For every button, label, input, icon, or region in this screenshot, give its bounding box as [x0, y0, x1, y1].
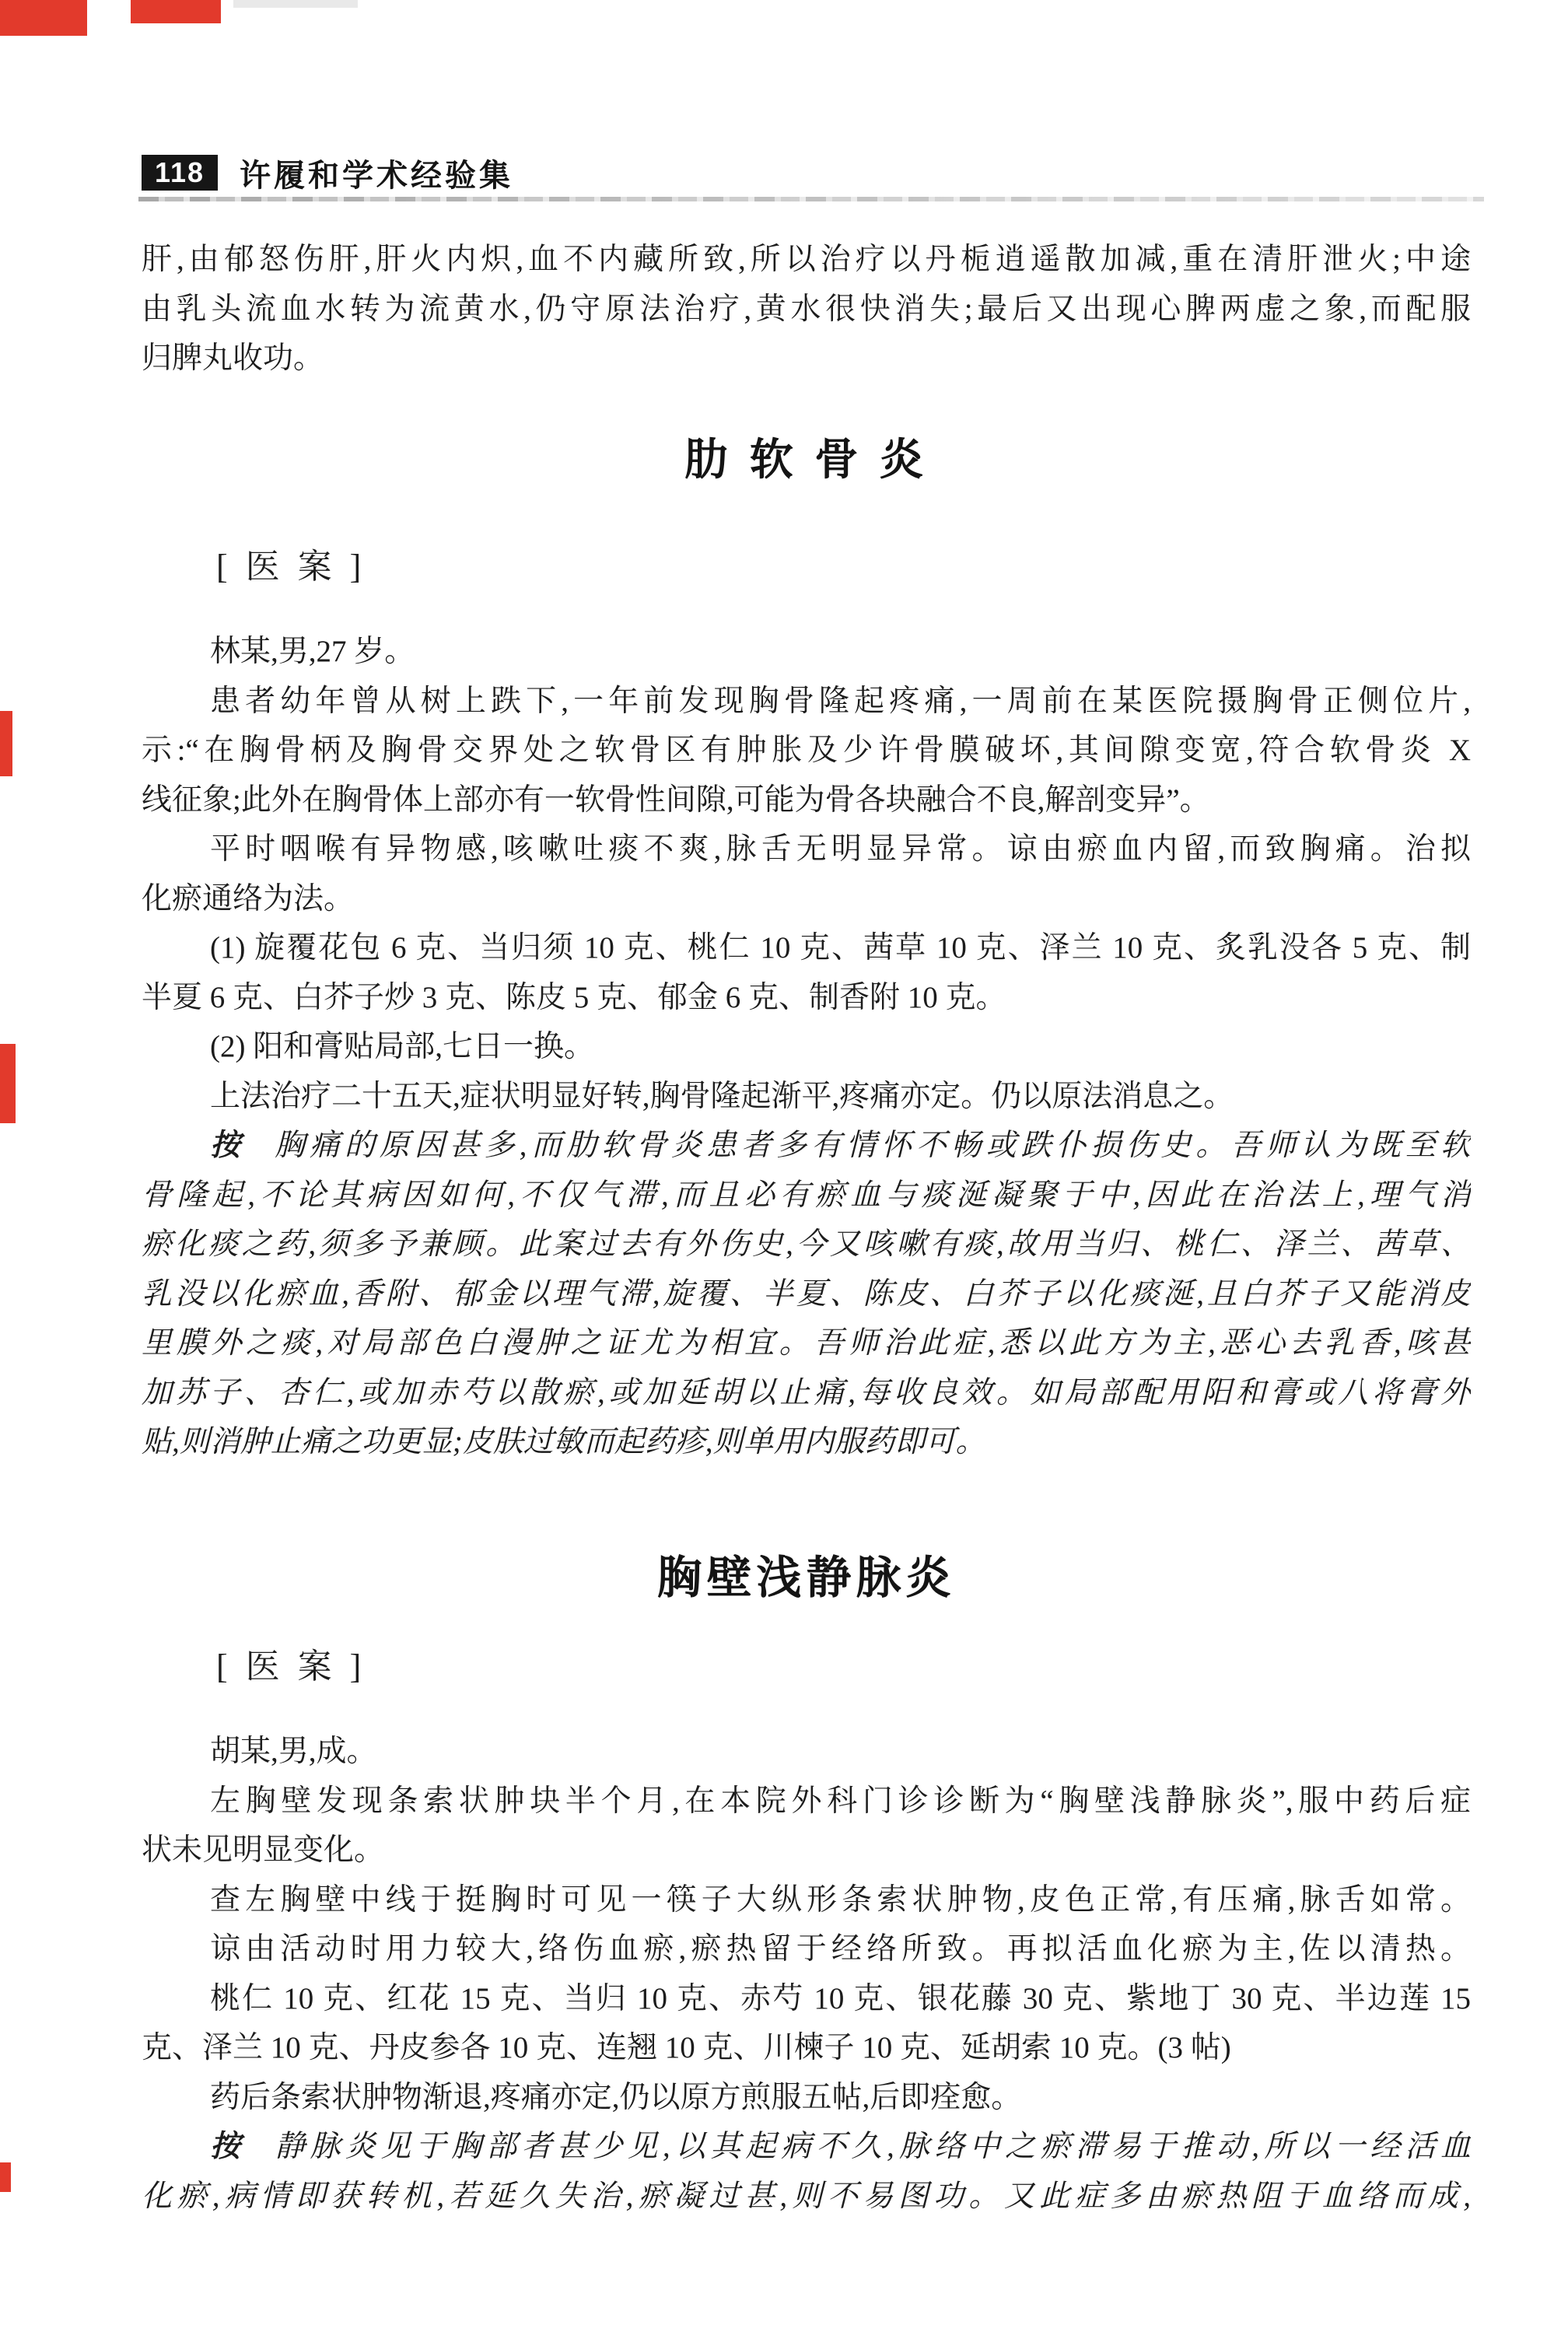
text-line: 上法治疗二十五天,症状明显好转,胸骨隆起渐平,疼痛亦定。仍以原法消息之。 — [142, 1072, 1471, 1122]
scan-mark-left-1 — [0, 711, 12, 776]
text-line: 平时咽喉有异物感,咳嗽吐痰不爽,脉舌无明显异常。谅由瘀血内留,而致胸痛。治拟 — [142, 825, 1471, 874]
book-page: 118 许履和学术经验集 肝,由郁怒伤肝,肝火内炽,血不内藏所致,所以治疗以丹栀… — [0, 0, 1568, 2325]
text-line: 由乳头流血水转为流黄水,仍守原法治疗,黄水很快消失;最后又出现心脾两虚之象,而配… — [142, 285, 1471, 334]
text-line: 查左胸壁中线于挺胸时可见一筷子大纵形条索状肿物,皮色正常,有压痛,脉舌如常。 — [142, 1875, 1471, 1925]
section-title-chest-wall-phlebitis: 胸壁浅静脉炎 — [142, 1550, 1471, 1606]
page-header: 118 许履和学术经验集 — [142, 154, 1471, 191]
scan-mark-top — [131, 0, 221, 23]
case-2-body: 胡某,男,成。 左胸壁发现条索状肿块半个月,在本院外科门诊诊断为“胸壁浅静脉炎”… — [142, 1727, 1471, 2221]
case-1-body: 林某,男,27 岁。 患者幼年曾从树上跌下,一年前发现胸骨隆起疼痛,一周前在某医… — [142, 627, 1471, 1467]
case-label: [ 医 案 ] — [216, 543, 366, 591]
section-title-costochondritis: 肋 软 骨 炎 — [142, 432, 1471, 487]
commentary-line: 骨隆起,不论其病因如何,不仅气滞,而且必有瘀血与痰涎凝聚于中,因此在治法上,理气… — [142, 1171, 1471, 1220]
commentary-marker: 按 — [210, 1129, 245, 1162]
commentary-line: 贴,则消肿止痛之功更显;皮肤过敏而起药疹,则单用内服药即可。 — [142, 1417, 1471, 1467]
text-line: (2) 阳和膏贴局部,七日一换。 — [142, 1022, 1471, 1072]
scan-mark-corner — [0, 0, 87, 36]
text-line: 示:“在胸骨柄及胸骨交界处之软骨区有肿胀及少许骨膜破坏,其间隙变宽,符合软骨炎 … — [142, 726, 1471, 776]
text-line: 归脾丸收功。 — [142, 334, 1471, 383]
text-line: 克、泽兰 10 克、丹皮参各 10 克、连翘 10 克、川楝子 10 克、延胡索… — [142, 2023, 1471, 2073]
text-line: 患者幼年曾从树上跌下,一年前发现胸骨隆起疼痛,一周前在某医院摄胸骨正侧位片, — [142, 677, 1471, 727]
scan-mark-left-2 — [0, 1044, 16, 1123]
text-line: 半夏 6 克、白芥子炒 3 克、陈皮 5 克、郁金 6 克、制香附 10 克。 — [142, 973, 1471, 1023]
page-number: 118 — [155, 156, 205, 189]
text-line: 谅由活动时用力较大,络伤血瘀,瘀热留于经络所致。再拟活血化瘀为主,佐以清热。 — [142, 1924, 1471, 1974]
text-line: 肝,由郁怒伤肝,肝火内炽,血不内藏所致,所以治疗以丹栀逍遥散加减,重在清肝泄火;… — [142, 235, 1471, 285]
commentary-line: 化瘀,病情即获转机,若延久失治,瘀凝过甚,则不易图功。又此症多由瘀热阻于血络而成… — [142, 2172, 1471, 2222]
text-line: 化瘀通络为法。 — [142, 874, 1471, 924]
text-line: 左胸壁发现条索状肿块半个月,在本院外科门诊诊断为“胸壁浅静脉炎”,服中药后症 — [142, 1777, 1471, 1826]
commentary-marker: 按 — [210, 2130, 245, 2163]
commentary-line: 里膜外之痰,对局部色白漫肿之证尤为相宜。吾师治此症,悉以此方为主,恶心去乳香,咳… — [142, 1318, 1471, 1368]
commentary-line: 瘀化痰之药,须多予兼顾。此案过去有外伤史,今又咳嗽有痰,故用当归、桃仁、泽兰、茜… — [142, 1220, 1471, 1269]
text-line: 线征象;此外在胸骨体上部亦有一软骨性间隙,可能为骨各块融合不良,解剖变异”。 — [142, 776, 1471, 825]
page-number-badge: 118 — [142, 155, 218, 191]
text-line: 药后条索状肿物渐退,疼痛亦定,仍以原方煎服五帖,后即痊愈。 — [142, 2073, 1471, 2123]
text-line: 状未见明显变化。 — [142, 1826, 1471, 1875]
commentary-line: 乳没以化瘀血,香附、郁金以理气滞,旋覆、半夏、陈皮、白芥子以化痰涎,且白芥子又能… — [142, 1269, 1471, 1319]
book-title: 许履和学术经验集 — [240, 151, 513, 195]
scan-mark-left-3 — [0, 2162, 11, 2192]
text-line: (1) 旋覆花包 6 克、当归须 10 克、桃仁 10 克、茜草 10 克、泽兰… — [142, 923, 1471, 973]
scan-smudge-top — [233, 0, 358, 8]
case-label: [ 医 案 ] — [216, 1643, 366, 1691]
commentary-text: 胸痛的原因甚多,而肋软骨炎患者多有情怀不畅或跌仆损伤史。吾师认为既至软 — [275, 1129, 1471, 1162]
commentary-line: 按静脉炎见于胸部者甚少见,以其起病不久,脉络中之瘀滞易于推动,所以一经活血 — [142, 2122, 1471, 2172]
commentary-line: 按胸痛的原因甚多,而肋软骨炎患者多有情怀不畅或跌仆损伤史。吾师认为既至软 — [142, 1121, 1471, 1171]
text-line: 桃仁 10 克、红花 15 克、当归 10 克、赤芍 10 克、银花藤 30 克… — [142, 1974, 1471, 2024]
text-line: 林某,男,27 岁。 — [142, 627, 1471, 677]
commentary-text: 静脉炎见于胸部者甚少见,以其起病不久,脉络中之瘀滞易于推动,所以一经活血 — [275, 2130, 1471, 2163]
header-rule — [138, 197, 1484, 201]
commentary-line: 加苏子、杏仁,或加赤芍以散瘀,或加延胡以止痛,每收良效。如局部配用阳和膏或八将膏… — [142, 1368, 1471, 1418]
text-line: 胡某,男,成。 — [142, 1727, 1471, 1777]
intro-paragraph: 肝,由郁怒伤肝,肝火内炽,血不内藏所致,所以治疗以丹栀逍遥散加减,重在清肝泄火;… — [142, 235, 1471, 383]
